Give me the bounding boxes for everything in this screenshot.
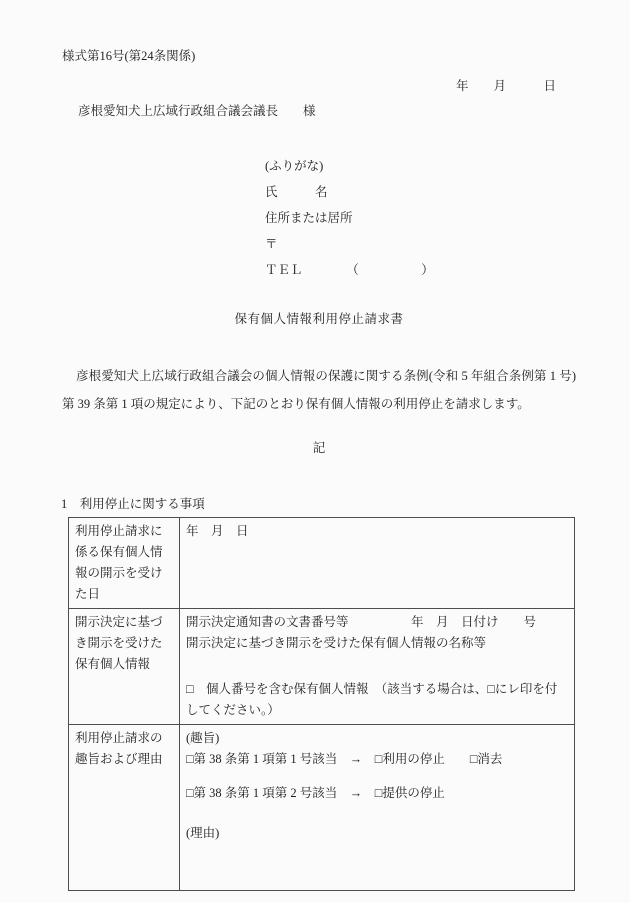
- personal-number-checkbox-line: □ 個人番号を含む保有個人情報 （該当する場合は、□にレ印を付してください。）: [186, 679, 569, 721]
- disclosure-date-value: 年 月 日: [180, 518, 575, 609]
- tel-label: ＴＥＬ （ ）: [265, 257, 434, 283]
- furigana-label: (ふりがな): [265, 153, 434, 179]
- document-page: 様式第16号(第24条関係) 年 月 日 彦根愛知犬上広域行政組合議会議長 様 …: [0, 0, 630, 903]
- row-header-disclosure-date: 利用停止請求に係る保有個人情報の開示を受けた日: [69, 518, 180, 609]
- addressee-line: 彦根愛知犬上広域行政組合議会議長 様: [78, 103, 316, 121]
- doc-number-line: 開示決定通知書の文書番号等 年 月 日付け 号: [186, 612, 569, 633]
- info-name-line: 開示決定に基づき開示を受けた保有個人情報の名称等: [186, 633, 569, 654]
- document-title: 保有個人情報利用停止請求書: [62, 311, 576, 329]
- disclosed-info-cell: 開示決定通知書の文書番号等 年 月 日付け 号 開示決定に基づき開示を受けた保有…: [180, 609, 575, 725]
- reason-label: (理由): [186, 823, 569, 844]
- option1-checkbox-line: □第 38 条第 1 項第 1 号該当 → □利用の停止 □消去: [186, 749, 569, 770]
- date-line: 年 月 日: [62, 78, 576, 96]
- option2-checkbox-line: □第 38 条第 1 項第 2 号該当 → □提供の停止: [186, 783, 569, 804]
- table-row-disclosure-date: 利用停止請求に係る保有個人情報の開示を受けた日 年 月 日: [69, 518, 575, 609]
- applicant-block: (ふりがな) 氏 名 住所または居所 〒 ＴＥＬ （ ）: [265, 153, 434, 283]
- body-paragraph: 彦根愛知犬上広域行政組合議会の個人情報の保護に関する条例(令和 5 年組合条例第…: [62, 362, 576, 418]
- section-heading: 1 利用停止に関する事項: [61, 496, 205, 514]
- request-table: 利用停止請求に係る保有個人情報の開示を受けた日 年 月 日 開示決定に基づき開示…: [68, 517, 575, 891]
- purpose-label: (趣旨): [186, 728, 569, 749]
- row-header-purpose-reason: 利用停止請求の趣旨および理由: [69, 725, 180, 891]
- postal-mark: 〒: [265, 231, 434, 257]
- row-header-disclosed-info: 開示決定に基づき開示を受けた保有個人情報: [69, 609, 180, 725]
- name-label: 氏 名: [265, 179, 434, 205]
- form-number: 様式第16号(第24条関係): [62, 48, 195, 66]
- purpose-reason-cell: (趣旨) □第 38 条第 1 項第 1 号該当 → □利用の停止 □消去 □第…: [180, 725, 575, 891]
- table-row-disclosed-info: 開示決定に基づき開示を受けた保有個人情報 開示決定通知書の文書番号等 年 月 日…: [69, 609, 575, 725]
- table-row-purpose-reason: 利用停止請求の趣旨および理由 (趣旨) □第 38 条第 1 項第 1 号該当 …: [69, 725, 575, 891]
- address-label: 住所または居所: [265, 205, 434, 231]
- ki-label: 記: [62, 440, 576, 458]
